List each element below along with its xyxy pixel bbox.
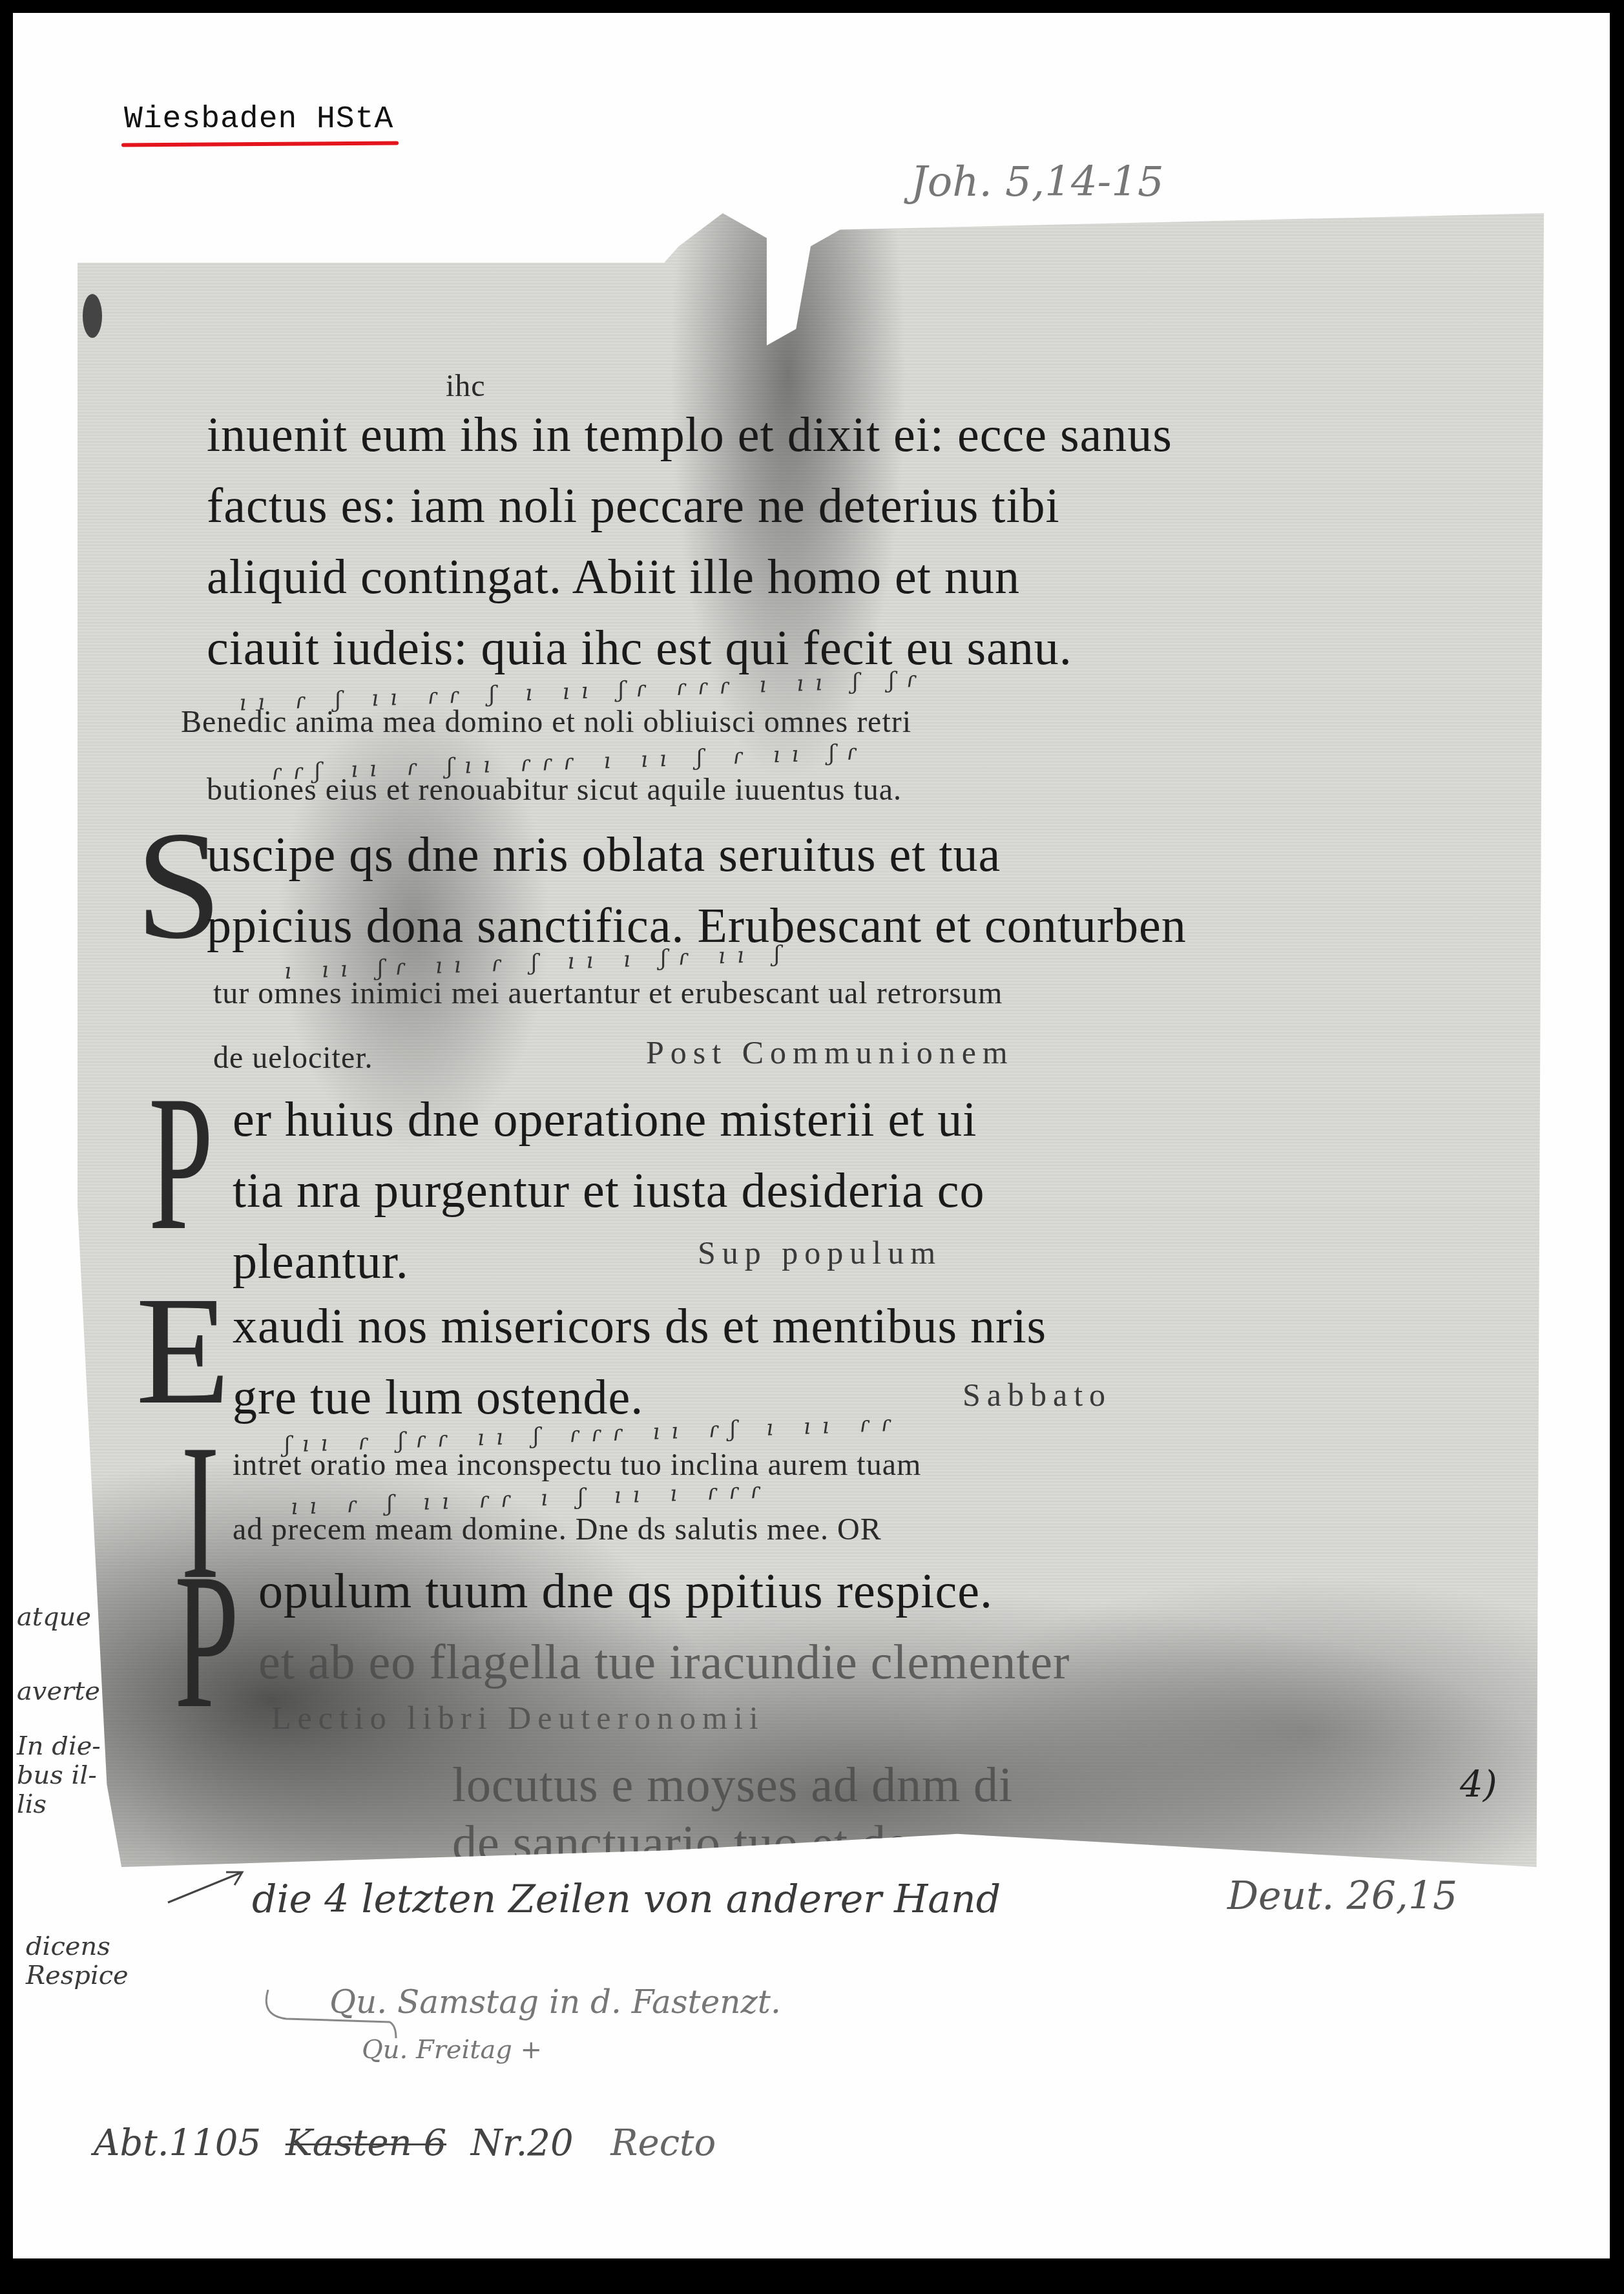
ms-line: uscipe qs dne nris oblata seruitus et tu… — [207, 827, 1001, 883]
ms-line: de uelociter. — [213, 1040, 373, 1076]
ms-line: inuenit eum ihs in templo et dixit ei: e… — [207, 407, 1172, 463]
ms-line: ihc — [446, 368, 486, 404]
ms-line: factus es: iam noli peccare ne deterius … — [207, 478, 1060, 534]
arrow-icon — [165, 1867, 249, 1906]
ms-line: ciauit iudeis: quia ihc est qui fecit eu… — [207, 620, 1072, 676]
ms-line: er huius dne operatione misterii et ui — [233, 1092, 977, 1148]
folio-number: 4) — [1460, 1764, 1497, 1806]
rubric-sabbato: Sabbato — [963, 1376, 1112, 1413]
initial-p: P — [149, 1066, 213, 1260]
ms-line: opulum tuum dne qs ppitius respice. — [258, 1563, 993, 1620]
rubric-post-communionem: Post Communionem — [646, 1034, 1014, 1071]
ink-blot — [83, 294, 102, 338]
top-reference-note: Joh. 5,14-15 — [911, 158, 1164, 206]
side-label: Recto — [610, 2122, 716, 2164]
ms-line: de sanctuario tuo et de ce — [452, 1815, 966, 1872]
bottom-right-reference: Deut. 26,15 — [1227, 1873, 1457, 1919]
rubric-lectio: Lectio libri Deuteronomii — [271, 1699, 765, 1736]
ms-line: tia nra purgentur et iusta desideria co — [233, 1163, 985, 1219]
shelfmark-number: Nr.20 — [471, 2122, 574, 2164]
ms-line: aliquid contingat. Abiit ille homo et nu… — [207, 549, 1020, 605]
red-underline — [121, 141, 399, 147]
ms-line: ad precem meam domine. Dne ds salutis me… — [233, 1512, 882, 1547]
ms-line: et ab eo flagella tue iracundie clemente… — [258, 1634, 1070, 1691]
margin-note: In die- — [17, 1731, 101, 1761]
archive-header: Wiesbaden HStA — [124, 102, 393, 137]
liturgical-note-friday: Qu. Freitag + — [362, 2035, 542, 2065]
margin-note: atque — [17, 1602, 91, 1632]
margin-note: bus il- — [17, 1760, 97, 1790]
margin-note: averte — [17, 1676, 100, 1706]
bracket-icon — [260, 1990, 409, 2041]
archive-label: Wiesbaden HStA — [124, 102, 393, 137]
shelfmark-prefix: Abt.1105 — [94, 2122, 261, 2164]
margin-note: Respice — [26, 1961, 129, 1990]
document-sheet: Wiesbaden HStA Joh. 5,14-15 ihc inuenit … — [13, 13, 1610, 2258]
margin-note: dicens — [26, 1932, 110, 1961]
ms-line: tur omnes inimici mei auertantur et erub… — [213, 975, 1003, 1011]
ms-line: locutus e moyses ad dnm di — [452, 1757, 1013, 1813]
ms-line: butiones eius et renouabitur sicut aquil… — [207, 772, 902, 808]
initial-p-2: P — [174, 1544, 239, 1738]
ms-line: pleantur. — [233, 1234, 409, 1290]
margin-note: lis — [17, 1789, 47, 1819]
ms-line: gre tue lum ostende. — [233, 1370, 643, 1426]
shelfmark: Abt.1105 Kasten 6 Nr.20 Recto — [94, 2122, 716, 2164]
shelfmark-struck: Kasten 6 — [286, 2122, 446, 2164]
ms-line: intret oratio mea inconspectu tuo inclin… — [233, 1447, 921, 1483]
rubric-super-populum: Sup populum — [698, 1234, 942, 1271]
manuscript-photocopy: ihc inuenit eum ihs in templo et dixit e… — [78, 213, 1544, 1867]
hand-note: die 4 letzten Zeilen von anderer Hand — [252, 1877, 1001, 1922]
ms-line: xaudi nos misericors ds et mentibus nris — [233, 1298, 1046, 1355]
ms-line: Benedic anima mea domino et noli obliuis… — [181, 704, 911, 740]
